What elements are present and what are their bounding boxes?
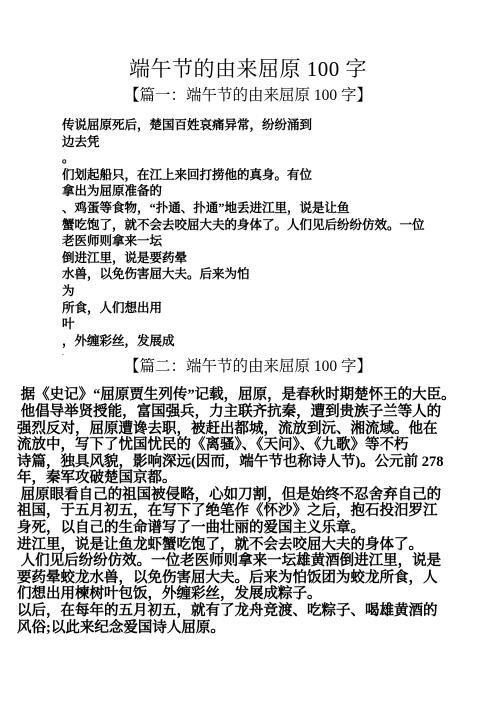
section-2-header: 【篇二：端午节的由来屈原 100 字】 (0, 358, 496, 376)
document-title: 端午节的由来屈原 100 字 (0, 57, 496, 81)
section-2-body: 据《史记》“屈原贾生列传”记载，屈原，是春秋时期楚怀王的大臣。 他倡导举贤授能，… (17, 387, 488, 636)
document-page: 端午节的由来屈原 100 字 【篇一：端午节的由来屈原 100 字】 传说屈原死… (0, 0, 496, 702)
section-1-trailing-mark: . (62, 349, 496, 358)
section-1-body: 传说屈原死后，楚国百姓哀痛异常，纷纷涌到 边去凭 。 们划起船只，在江上来回打捞… (62, 117, 454, 349)
section-1-header: 【篇一：端午节的由来屈原 100 字】 (0, 87, 496, 105)
